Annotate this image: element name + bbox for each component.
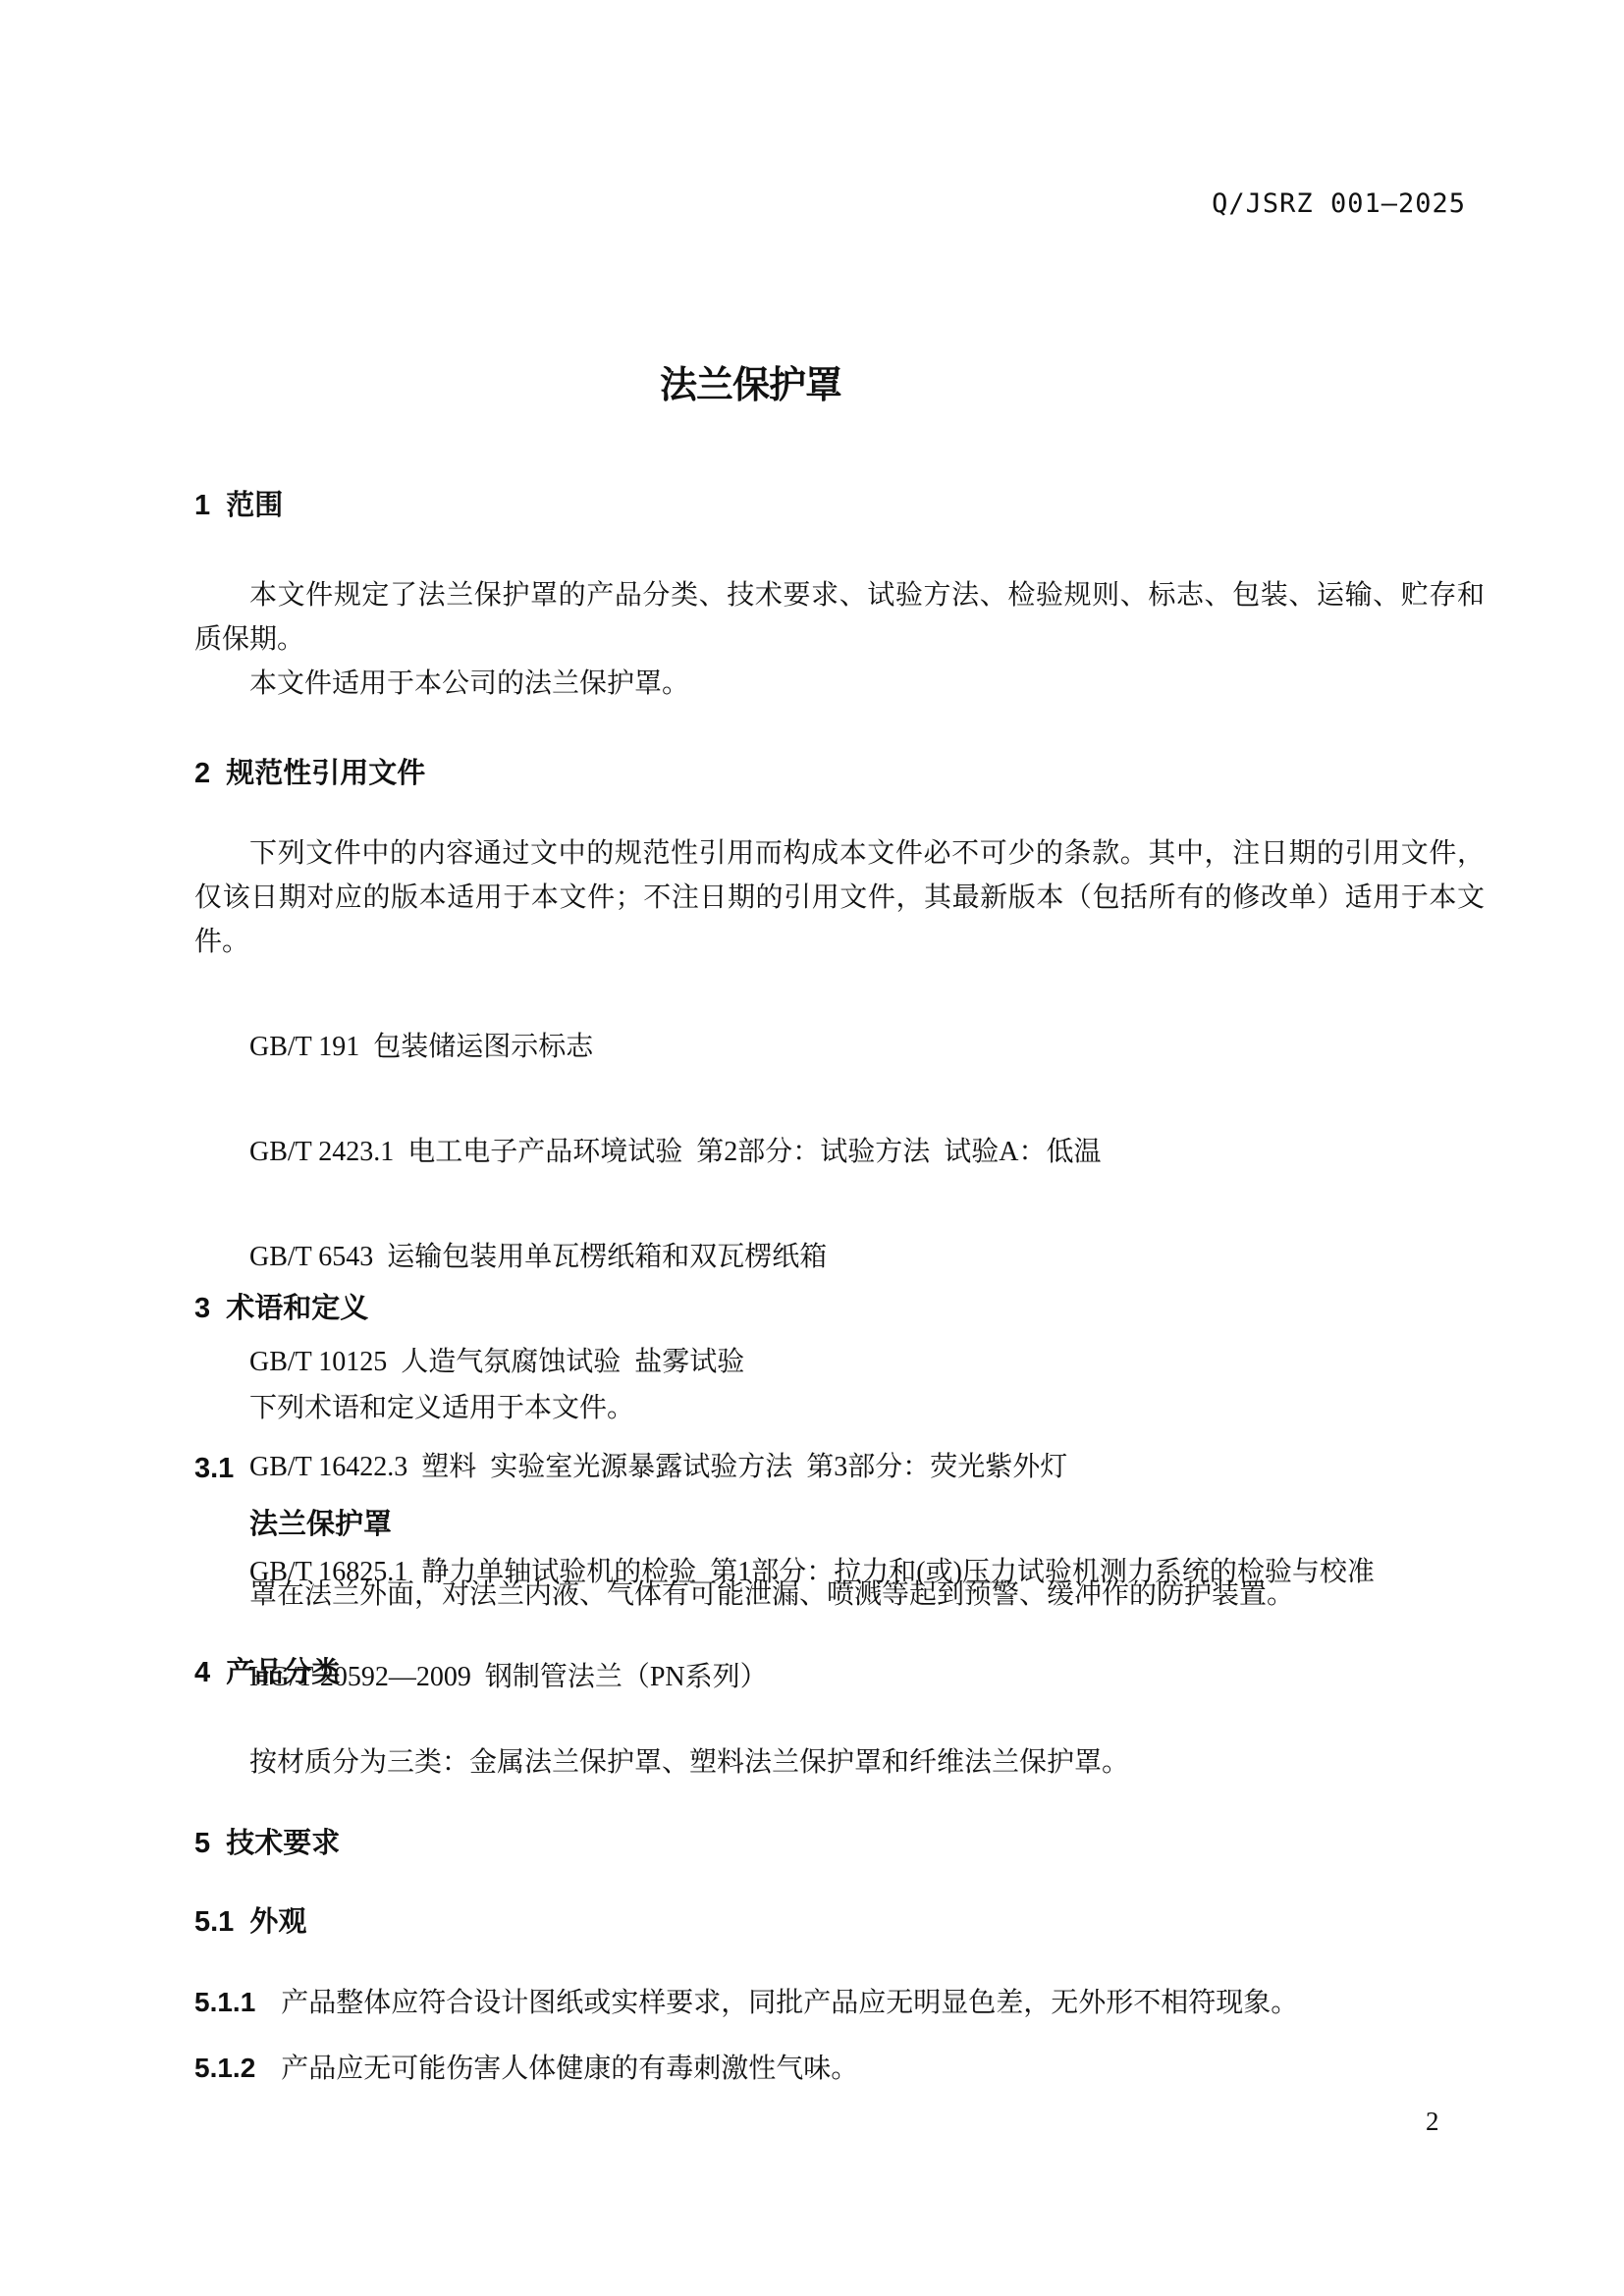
section-5-1-heading: 5.1 外观 [194,1906,1485,1938]
reference-item: GB/T 191 包装储运图示标志 [194,1026,1530,1068]
reference-item: GB/T 10125 人造气氛腐蚀试验 盐雾试验 [194,1341,1530,1383]
clause-5-1-1-text: 产品整体应符合设计图纸或实样要求，同批产品应无明显色差，无外形不相符现象。 [281,1988,1298,2018]
section-2-intro: 下列文件中的内容通过文中的规范性引用而构成本文件必不可少的条款。其中，注日期的引… [194,831,1485,964]
document-title: 法兰保护罩 [660,354,841,408]
clause-3-1-number: 3.1 [194,1453,1485,1484]
section-1-heading: 1 范围 [194,490,1485,521]
section-3-intro: 下列术语和定义适用于本文件。 [194,1386,1485,1430]
section-5-heading: 5 技术要求 [194,1828,1485,1859]
section-3-heading: 3 术语和定义 [194,1293,1485,1324]
clause-5-1-2: 5.1.2产品应无可能伤害人体健康的有毒刺激性气味。 [194,2046,1485,2091]
section-4-paragraph: 按材质分为三类：金属法兰保护罩、塑料法兰保护罩和纤维法兰保护罩。 [194,1740,1485,1785]
clause-5-1-1: 5.1.1产品整体应符合设计图纸或实样要求，同批产品应无明显色差，无外形不相符现… [194,1980,1485,2025]
reference-item: GB/T 2423.1 电工电子产品环境试验 第2部分：试验方法 试验A：低温 [194,1131,1530,1173]
term-name: 法兰保护罩 [194,1509,1540,1540]
section-2-heading: 2 规范性引用文件 [194,758,1485,789]
page-number: 2 [1426,2107,1439,2137]
clause-5-1-2-text: 产品应无可能伤害人体健康的有毒刺激性气味。 [281,2054,858,2084]
reference-item: GB/T 6543 运输包装用单瓦楞纸箱和双瓦楞纸箱 [194,1236,1530,1278]
section-4-heading: 4 产品分类 [194,1657,1485,1688]
section-1-paragraph-2: 本文件适用于本公司的法兰保护罩。 [194,662,1485,706]
section-1-paragraph-1: 本文件规定了法兰保护罩的产品分类、技术要求、试验方法、检验规则、标志、包装、运输… [194,573,1485,662]
document-page: { "page": { "code": "Q/JSRZ 001—2025", "… [0,0,1624,2296]
term-definition: 罩在法兰外面，对法兰内液、气体有可能泄漏、喷溅等起到预警、缓冲作的防护装置。 [194,1573,1485,1617]
clause-5-1-1-number: 5.1.1 [194,1987,255,2017]
standard-code: Q/JSRZ 001—2025 [1212,188,1466,219]
clause-5-1-2-number: 5.1.2 [194,2053,255,2083]
